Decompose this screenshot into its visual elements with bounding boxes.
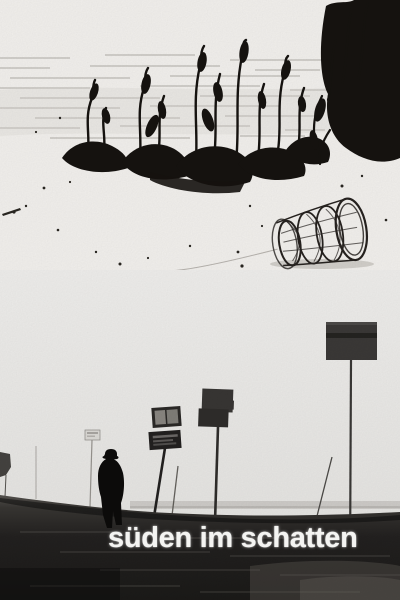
film-grain-overlay bbox=[0, 0, 400, 270]
film-title-card: süden im schatten bbox=[0, 0, 400, 600]
film-title-text: süden im schatten bbox=[108, 524, 358, 553]
beach-photo bbox=[0, 0, 400, 270]
